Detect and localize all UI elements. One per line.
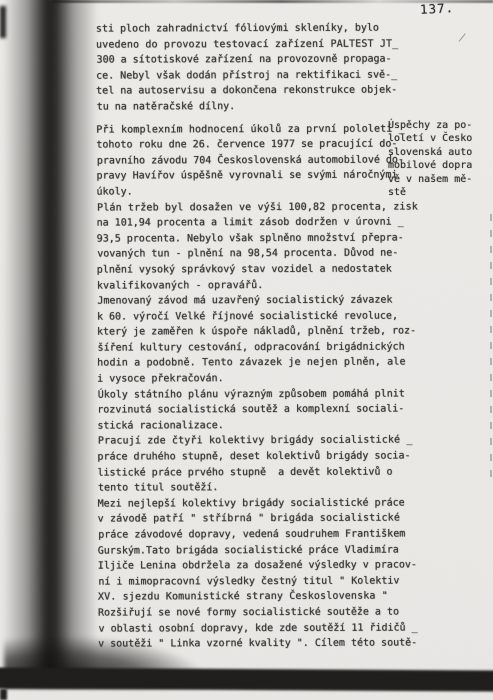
body-text-line: tento titul soutěží. <box>98 480 428 497</box>
body-text-line: Mezi nejlepší kolektivy brigády socialis… <box>98 495 428 512</box>
body-text-line: hodin a podobně. Tento závazek je nejen … <box>97 355 427 372</box>
body-text-line: v oblasti osobní dopravy, kde zde soutěž… <box>98 620 428 637</box>
body-text-line: práce závodové dopravy, vedená soudruhem… <box>98 526 428 543</box>
margin-note-line: slovenská auto <box>388 146 492 159</box>
body-text-line: práce druhého stupně, deset kolektivů br… <box>97 448 427 465</box>
body-text-line: který je zaměřen k úspoře nákladů, plněn… <box>97 324 427 341</box>
body-text-line: sti ploch zahradnictví fóliovými skleník… <box>96 20 426 37</box>
margin-note-line: stě <box>388 186 492 199</box>
margin-note-line: mobilové dopra <box>388 159 492 172</box>
body-text-line: na 101,94 procenta a limit zásob dodržen… <box>97 215 427 232</box>
margin-note-line: loletí v Česko <box>388 132 492 145</box>
body-text-line: plnění vysoký správkový stav vozidel a n… <box>97 261 427 278</box>
body-text-line: rozvinutá socialistická soutěž a komplex… <box>97 402 427 419</box>
top-left-edge-mark <box>0 6 6 38</box>
body-text-line: šíření kultury cestování, odpracování br… <box>98 339 428 356</box>
page-edge-marks <box>490 214 492 486</box>
body-text-line: úkoly. <box>96 183 426 200</box>
body-text-line: Plán tržeb byl dosažen ve výši 100,82 pr… <box>97 199 427 216</box>
body-text-line: pravy Havířov úspěšně vyrovnali se svými… <box>96 168 426 185</box>
body-text-line: Rozšiřují se nové formy socialistické so… <box>98 604 428 621</box>
body-text-line: stická racionalizace. <box>97 417 427 434</box>
body-text-line: k 60. výročí Velké říjnové socialistické… <box>97 308 427 325</box>
body-text-line: kvalifikovaných - opravářů. <box>97 277 427 294</box>
body-text-line: XV. sjezdu Komunistické strany Českoslov… <box>98 589 428 606</box>
body-text-line: tu na natěračské dílny. <box>97 98 427 115</box>
margin-note-line: Úspěchy za po- <box>388 119 492 132</box>
margin-annotation: Úspěchy za po-loletí v Československá au… <box>388 119 492 199</box>
bottom-scan-band <box>0 667 493 691</box>
body-text-line: 300 a sítotiskové zařízení na provozovně… <box>97 52 427 69</box>
book-binding-shadow <box>0 0 102 684</box>
body-text-line: Při komplexním hodnocení úkolů za první … <box>96 121 426 138</box>
body-text-line: Pracují zde čtyři kolektivy brigády soci… <box>98 433 428 450</box>
body-text-line: v závodě patří " stříbrná " brigáda soci… <box>98 511 428 528</box>
body-text-line: vovaných tun - plnění na 98,54 procenta.… <box>97 246 427 263</box>
scanned-document-page: 137. / sti ploch zahradnictví fóliovými … <box>0 0 493 700</box>
body-text-line: Jmenovaný závod má uzavřený socialistick… <box>97 293 427 310</box>
margin-note-line: vě v našem mě- <box>388 173 492 186</box>
body-text-line: ní i mimopracovní výsledky čestný titul … <box>98 573 428 590</box>
stray-slash-mark: / <box>458 30 468 44</box>
body-text-line: ce. Nebyl však dodán přístroj na rektifi… <box>96 67 426 84</box>
body-text-line: 93,5 procenta. Nebylo však splněno množs… <box>97 230 427 247</box>
page-number: 137. <box>420 0 455 17</box>
bottom-left-edge-mark <box>0 689 7 700</box>
body-text-line: uvedeno do provozu testovací zařízení PA… <box>96 36 426 53</box>
typewritten-body: sti ploch zahradnictví fóliovými skleník… <box>96 20 428 652</box>
body-text-line: tohoto roku dne 26. července 1977 se pra… <box>96 137 426 154</box>
body-text-line: tel na autoservisu a dokončena rekonstru… <box>96 83 426 100</box>
body-text-line: Gurským.Tato brigáda socialistické práce… <box>98 542 428 559</box>
body-text-line: Úkoly státního plánu výrazným způsobem p… <box>98 386 428 403</box>
body-text-line: Iljiče Lenina obdržela za dosažené výsle… <box>98 558 428 575</box>
body-text-line: i vysoce překračován. <box>97 370 427 387</box>
body-text-line: pravního závodu 704 Československá autom… <box>97 152 427 169</box>
body-text-line: listické práce prvého stupně a devět kol… <box>97 464 427 481</box>
body-text-line: v soutěži " Linka vzorné kvality ". Cíle… <box>98 636 428 653</box>
